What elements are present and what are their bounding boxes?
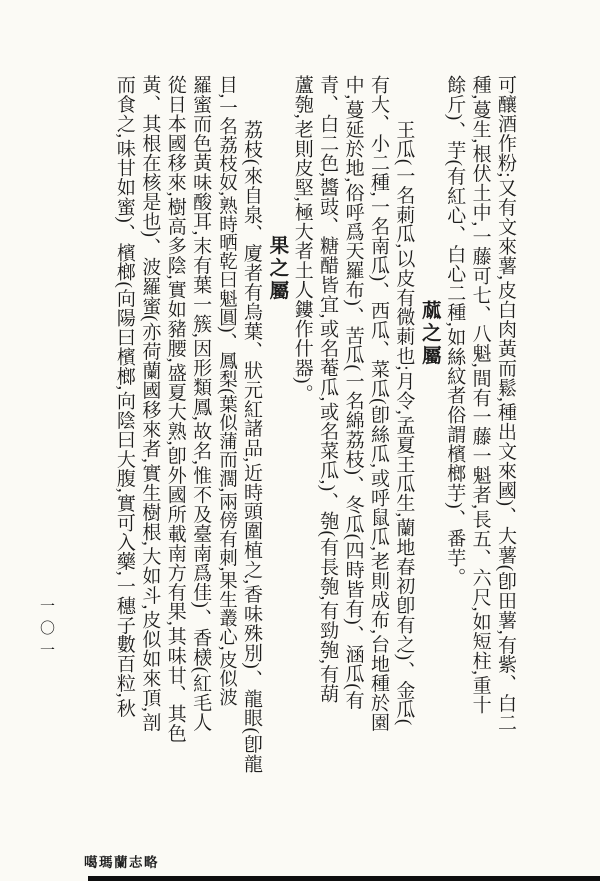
scan-edge-artifact	[88, 876, 600, 881]
book-page: 可釀酒作粉;又有文來薯,皮白肉黃而鬆,種出文來國)、大薯(卽田薯,有紫、白二 種…	[0, 0, 600, 881]
text-column: 荔枝(來自泉、廈者有烏葉、狀元紅諸品,近時頭圍植之,香味殊別)、龍眼(卽龍	[239, 75, 264, 823]
book-title-footer: 噶瑪蘭志略	[84, 851, 159, 871]
text-column: 王瓜(一名莿瓜,以皮有微莿也;月令,孟夏王瓜生,蘭地春初卽有之)、金瓜(	[391, 75, 416, 823]
text-column: 可釀酒作粉;又有文來薯,皮白肉黃而鬆,種出文來國)、大薯(卽田薯,有紫、白二	[493, 75, 518, 823]
text-column: 黃、其根在核是也)、波羅蜜(亦荷蘭國移來者,實生樹根,大如斗,皮似如來頂,剖	[137, 75, 162, 823]
section-heading-gourds: 蓏之屬	[416, 75, 441, 823]
text-column: 而食之,味甘如蜜)、檳榔(向陽曰檳榔,向陰曰大腹,實可入藥,一穗子數百粒,秋	[112, 75, 137, 823]
text-column: 中,蔓延於地,俗呼爲天羅布)、苦瓜(一名綿荔枝)、冬瓜(四時皆有)、涵瓜(有	[340, 75, 365, 823]
page-text-block: 可釀酒作粉;又有文來薯,皮白肉黃而鬆,種出文來國)、大薯(卽田薯,有紫、白二 種…	[112, 75, 519, 823]
text-column: 餘斤)、芋(有紅心、白心二種,如絲紋者俗謂檳榔芋)、番芋。	[442, 75, 467, 823]
text-column: 蘆匏,老則皮堅,極大者土人鏤作什器)。	[289, 75, 314, 823]
text-column: 有大、小二種,一名南瓜)、西瓜、菜瓜(卽絲瓜,或呼鼠瓜,老則成布,台地種於園	[366, 75, 391, 823]
text-column: 羅蜜而色黃味酸耳,末有葉一簇,因形類鳳,故名,惟不及臺南爲佳)、香檨(紅毛人	[188, 75, 213, 823]
text-column: 種,蔓生,根伏土中,一藤可七、八魁,間有一藤一魁者,長五、六尺,如短柱,重十	[467, 75, 492, 823]
section-heading-fruits: 果之屬	[264, 75, 289, 823]
page-number: 一〇一	[36, 598, 57, 664]
text-column: 從日本國移來,樹高多陰,實如豬腰,盛夏大熟,卽外國所載南方有果,其味甘、其色	[162, 75, 187, 823]
text-column: 青、白二色,醬豉、糖醋皆宜,或名菴瓜,或名菜瓜,)、匏(有長匏,有勁匏,有葫	[315, 75, 340, 823]
text-column: 目,一名荔枝奴,熟時晒乾曰魁圓)、鳳梨(葉似蒲而濶,兩傍有刺,果生叢心,皮似波	[213, 75, 238, 823]
